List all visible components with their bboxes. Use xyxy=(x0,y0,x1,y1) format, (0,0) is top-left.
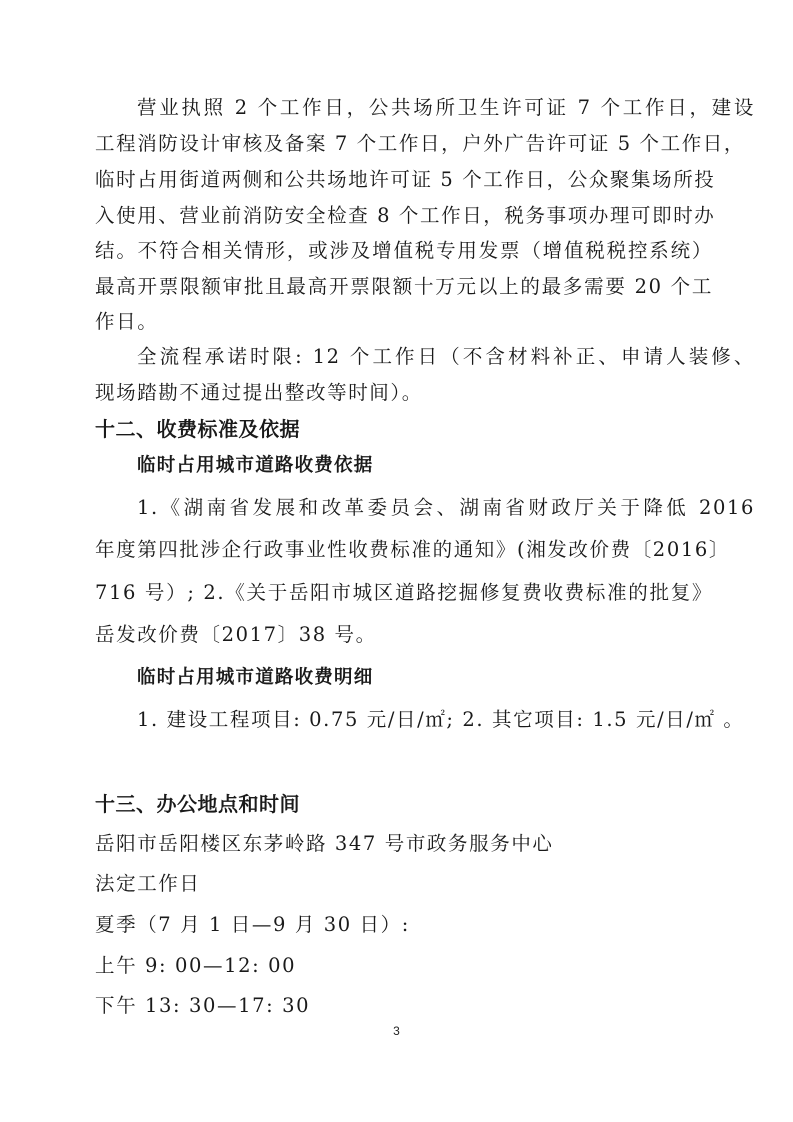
office-address: 岳阳市岳阳楼区东茅岭路 347 号市政务服务中心 xyxy=(95,830,715,858)
subheading-fee-basis: 临时占用城市道路收费依据 xyxy=(137,452,713,480)
paragraph-line: 岳发改价费〔2017〕38 号。 xyxy=(95,621,715,649)
paragraph-line: 工程消防设计审核及备案 7 个工作日，户外广告许可证 5 个工作日， xyxy=(95,130,713,158)
section-heading-12: 十二、收费标准及依据 xyxy=(95,415,715,443)
paragraph-line: 716 号）; 2.《关于岳阳市城区道路挖掘修复费收费标准的批复》 xyxy=(95,579,713,607)
paragraph-line: 作日。 xyxy=(95,308,715,336)
paragraph-line: 营业执照 2 个工作日，公共场所卫生许可证 7 个工作日，建设 xyxy=(137,94,755,122)
fee-detail-line: 1. 建设工程项目: 0.75 元/日/㎡; 2. 其它项目: 1.5 元/日/… xyxy=(137,706,713,734)
paragraph-line: 现场踏勘不通过提出整改等时间）。 xyxy=(95,379,715,407)
paragraph-line: 临时占用街道两侧和公共场地许可证 5 个工作日，公众聚集场所投 xyxy=(95,166,713,194)
page-number: 3 xyxy=(0,1024,793,1038)
afternoon-hours: 下午 13: 30—17: 30 xyxy=(95,992,715,1020)
summer-period: 夏季（7 月 1 日—9 月 30 日）: xyxy=(95,911,715,939)
morning-hours: 上午 9: 00—12: 00 xyxy=(95,952,715,980)
working-days: 法定工作日 xyxy=(95,870,715,898)
paragraph-line: 1.《湖南省发展和改革委员会、湖南省财政厅关于降低 2016 xyxy=(137,494,755,522)
paragraph-line: 全流程承诺时限: 12 个工作日（不含材料补正、申请人装修、 xyxy=(137,343,755,371)
paragraph-line: 年度第四批涉企行政事业性收费标准的通知》(湘发改价费〔2016〕 xyxy=(95,536,713,564)
paragraph-line: 入使用、营业前消防安全检查 8 个工作日，税务事项办理可即时办 xyxy=(95,202,713,230)
paragraph-line: 结。不符合相关情形，或涉及增值税专用发票（增值税税控系统） xyxy=(95,237,713,265)
section-heading-13: 十三、办公地点和时间 xyxy=(95,790,715,818)
document-page: 营业执照 2 个工作日，公共场所卫生许可证 7 个工作日，建设 工程消防设计审核… xyxy=(0,0,793,1122)
subheading-fee-detail: 临时占用城市道路收费明细 xyxy=(137,664,713,692)
paragraph-line: 最高开票限额审批且最高开票限额十万元以上的最多需要 20 个工 xyxy=(95,273,713,301)
